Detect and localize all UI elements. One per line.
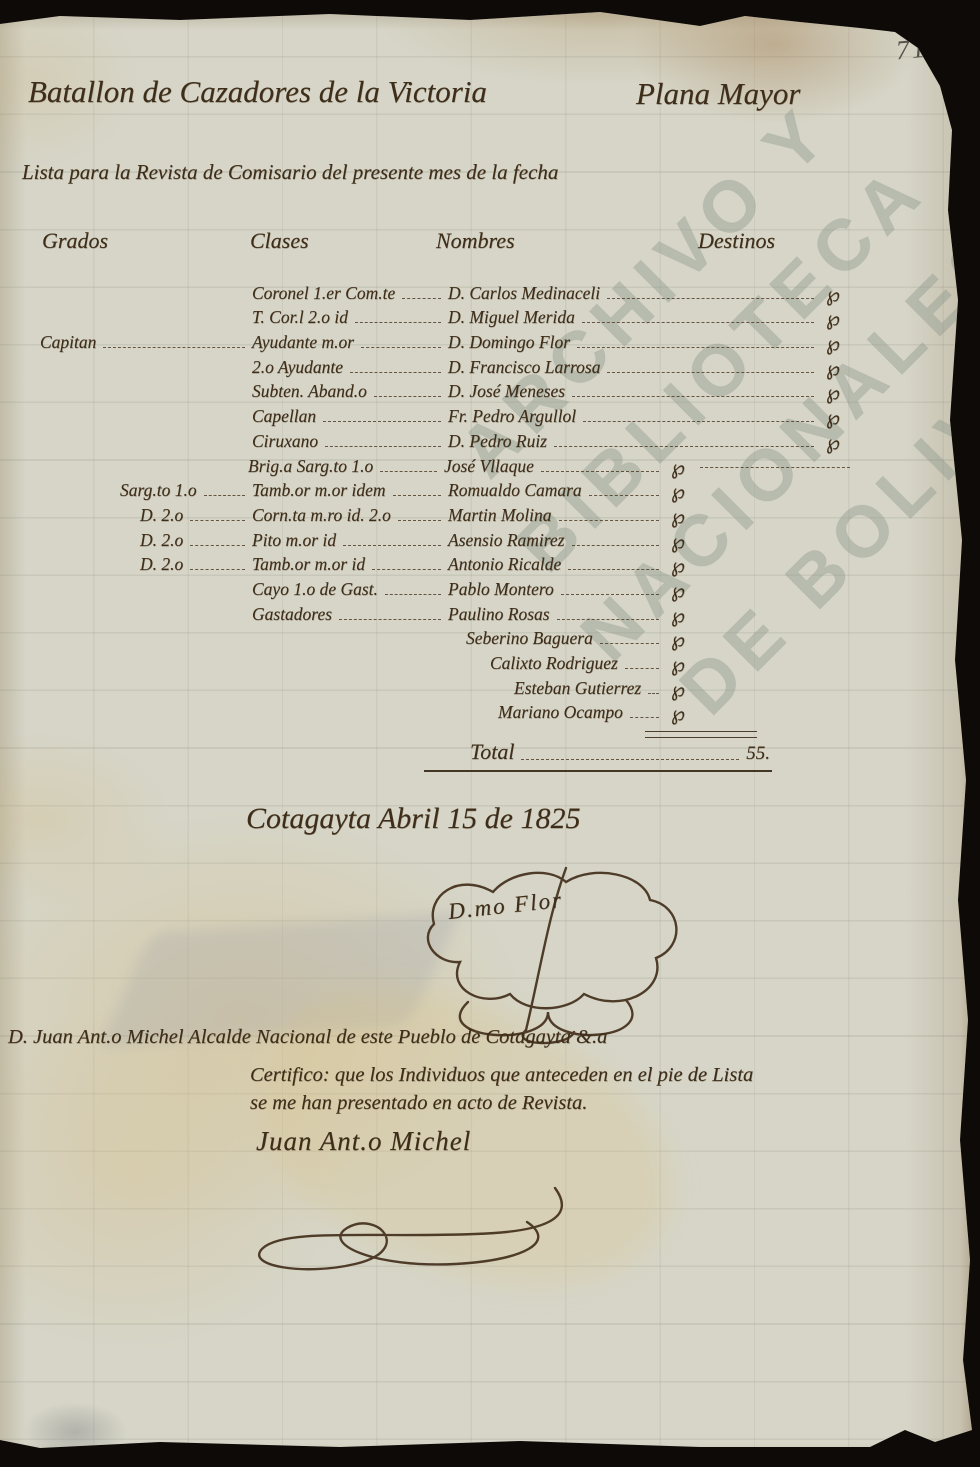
certification-line-1: D. Juan Ant.o Michel Alcalde Nacional de… — [8, 1026, 607, 1049]
leader-line — [343, 545, 441, 546]
cell-nombre: D. José Meneses — [448, 381, 565, 402]
cell-clase: Capellan — [252, 406, 316, 427]
table-row: D. 2.o Tamb.or m.or id Antonio Ricalde ℘ — [40, 551, 690, 576]
leader-line — [607, 298, 814, 299]
cell-clase: Tamb.or m.or idem — [252, 480, 386, 501]
leader-line — [393, 495, 441, 496]
destino-mark: ℘ — [666, 555, 690, 575]
cell-clase: Gastadores — [252, 604, 332, 625]
cell-clase: Tamb.or m.or id — [252, 554, 365, 575]
column-header-clases: Clases — [250, 228, 309, 254]
leader-line — [190, 520, 245, 521]
cell-nombre: Fr. Pedro Argullol — [448, 406, 576, 427]
cell-nombre: José Vllaque — [444, 456, 534, 477]
total-row: Total 55. — [470, 739, 770, 765]
table-row: Esteban Gutierrez ℘ — [40, 674, 690, 699]
leader-line — [402, 298, 441, 299]
leader-line — [190, 569, 245, 570]
cell-nombre: Martin Molina — [448, 505, 552, 526]
leader-line — [625, 668, 659, 669]
leader-line — [325, 446, 441, 447]
table-row: D. 2.o Pito m.or id Asensio Ramirez ℘ — [40, 526, 690, 551]
doc-subtitle: Lista para la Revista de Comisario del p… — [22, 160, 558, 185]
table-row: 2.o Ayudante D. Francisco Larrosa ℘ — [40, 353, 845, 378]
cell-nombre: Esteban Gutierrez — [514, 678, 641, 699]
doc-title: Batallon de Cazadores de la Victoria — [28, 74, 487, 110]
leader-line — [559, 520, 659, 521]
table-row: Sarg.to 1.o Tamb.or m.or idem Romualdo C… — [40, 477, 690, 502]
cell-nombre: D. Carlos Medinaceli — [448, 283, 600, 304]
table-row: Calixto Rodriguez ℘ — [40, 649, 690, 674]
leader-line — [380, 471, 437, 472]
leader-line — [572, 396, 814, 397]
destino-mark: ℘ — [666, 629, 690, 649]
cell-nombre: D. Pedro Ruiz — [448, 431, 547, 452]
column-header-nombres: Nombres — [436, 228, 515, 254]
certification-line-2: Certifico: que los Individuos que antece… — [250, 1064, 753, 1087]
destino-mark: ℘ — [666, 654, 690, 674]
leader-line — [323, 421, 441, 422]
leader-line — [572, 545, 660, 546]
destino-mark: ℘ — [821, 407, 845, 427]
cell-clase: Corn.ta m.ro id. 2.o — [252, 505, 391, 526]
leader-line — [372, 569, 441, 570]
cell-clase: T. Cor.l 2.o id — [252, 307, 348, 328]
total-rule-bottom — [424, 770, 772, 772]
leader-line — [355, 322, 441, 323]
destino-mark: ℘ — [666, 580, 690, 600]
leader-line — [190, 545, 245, 546]
table-row: Gastadores Paulino Rosas ℘ — [40, 600, 690, 625]
cell-nombre: Pablo Montero — [448, 579, 554, 600]
paper-sheet: ARCHIVO Y BIBLIOTECA NACIONALES DE BOLIV… — [0, 0, 980, 1467]
leader-line — [630, 717, 659, 718]
leader-line — [607, 372, 814, 373]
leader-line — [103, 347, 245, 348]
table-row: T. Cor.l 2.o id D. Miguel Merida ℘ — [40, 304, 845, 329]
signature-michel-flourish — [225, 1170, 585, 1280]
leader-line — [374, 396, 441, 397]
muster-table: Coronel 1.er Com.te D. Carlos Medinaceli… — [40, 279, 950, 723]
cell-grado: Sarg.to 1.o — [120, 480, 197, 501]
leader-line — [554, 446, 814, 447]
destino-mark: ℘ — [821, 382, 845, 402]
cell-nombre: D. Francisco Larrosa — [448, 357, 600, 378]
certification-line-3: se me han presentado en acto de Revista. — [250, 1092, 587, 1115]
signature-michel: Juan Ant.o Michel — [256, 1126, 471, 1157]
column-header-grados: Grados — [42, 228, 108, 254]
cell-nombre: Paulino Rosas — [448, 604, 550, 625]
destino-mark: ℘ — [666, 703, 690, 723]
leader-line — [521, 759, 739, 760]
cell-grado: D. 2.o — [140, 554, 183, 575]
cell-nombre: D. Domingo Flor — [448, 332, 570, 353]
leader-line — [568, 569, 659, 570]
cell-nombre: Calixto Rodriguez — [490, 653, 618, 674]
cell-nombre: Mariano Ocampo — [498, 702, 623, 723]
cell-grado: D. 2.o — [140, 530, 183, 551]
cell-grado: Capitan — [40, 332, 96, 353]
cell-clase: Brig.a Sarg.to 1.o — [248, 456, 373, 477]
table-row: D. 2.o Corn.ta m.ro id. 2.o Martin Molin… — [40, 501, 690, 526]
cell-clase: Pito m.or id — [252, 530, 336, 551]
leader-line — [648, 693, 659, 694]
table-row: Capitan Ayudante m.or D. Domingo Flor ℘ — [40, 328, 845, 353]
leader-line — [204, 495, 245, 496]
total-value: 55. — [746, 743, 770, 765]
cell-clase: Coronel 1.er Com.te — [252, 283, 395, 304]
destino-mark: ℘ — [666, 679, 690, 699]
table-row: Capellan Fr. Pedro Argullol ℘ — [40, 402, 845, 427]
destino-mark: ℘ — [821, 432, 845, 452]
table-row: Cayo 1.o de Gast. Pablo Montero ℘ — [40, 575, 690, 600]
leader-line — [361, 347, 441, 348]
dateline: Cotagayta Abril 15 de 1825 — [246, 802, 580, 836]
table-row: Ciruxano D. Pedro Ruiz ℘ — [40, 427, 845, 452]
column-header-destinos: Destinos — [698, 228, 775, 254]
table-row: Subten. Aband.o D. José Meneses ℘ — [40, 378, 845, 403]
leader-line — [561, 594, 659, 595]
destino-mark: ℘ — [821, 333, 845, 353]
table-row: Brig.a Sarg.to 1.o José Vllaque ℘ — [40, 452, 690, 477]
destino-mark: ℘ — [821, 308, 845, 328]
leader-line — [583, 421, 814, 422]
leader-line — [600, 643, 659, 644]
leader-line — [385, 594, 441, 595]
table-row: Mariano Ocampo ℘ — [40, 699, 690, 724]
destino-mark: ℘ — [666, 506, 690, 526]
destino-mark: ℘ — [666, 481, 690, 501]
total-rule-top — [645, 731, 757, 738]
cell-clase: Ciruxano — [252, 431, 318, 452]
destino-mark: ℘ — [666, 457, 690, 477]
destino-mark: ℘ — [821, 284, 845, 304]
destino-mark: ℘ — [821, 358, 845, 378]
section-title: Plana Mayor — [636, 76, 800, 112]
table-row: Seberino Baguera ℘ — [40, 625, 690, 650]
leader-line — [700, 467, 850, 468]
cell-grado: D. 2.o — [140, 505, 183, 526]
cell-nombre: Asensio Ramirez — [448, 530, 565, 551]
leader-line — [339, 619, 441, 620]
leader-line — [589, 495, 659, 496]
scanned-manuscript-page: ARCHIVO Y BIBLIOTECA NACIONALES DE BOLIV… — [0, 0, 980, 1467]
cell-clase: Cayo 1.o de Gast. — [252, 579, 378, 600]
leader-line — [557, 619, 659, 620]
cell-clase: 2.o Ayudante — [252, 357, 343, 378]
page-number: 71 — [895, 33, 929, 67]
leader-line — [582, 322, 814, 323]
cell-nombre: Seberino Baguera — [466, 628, 593, 649]
cell-clase: Subten. Aband.o — [252, 381, 367, 402]
cell-nombre: D. Miguel Merida — [448, 307, 575, 328]
table-row: Coronel 1.er Com.te D. Carlos Medinaceli… — [40, 279, 845, 304]
leader-line — [541, 471, 659, 472]
leader-line — [350, 372, 441, 373]
destino-mark: ℘ — [666, 605, 690, 625]
destino-mark: ℘ — [666, 531, 690, 551]
leader-line — [398, 520, 441, 521]
cell-clase: Ayudante m.or — [252, 332, 354, 353]
cell-nombre: Romualdo Camara — [448, 480, 582, 501]
leader-line — [577, 347, 814, 348]
cell-nombre: Antonio Ricalde — [448, 554, 561, 575]
total-label: Total — [470, 739, 514, 765]
